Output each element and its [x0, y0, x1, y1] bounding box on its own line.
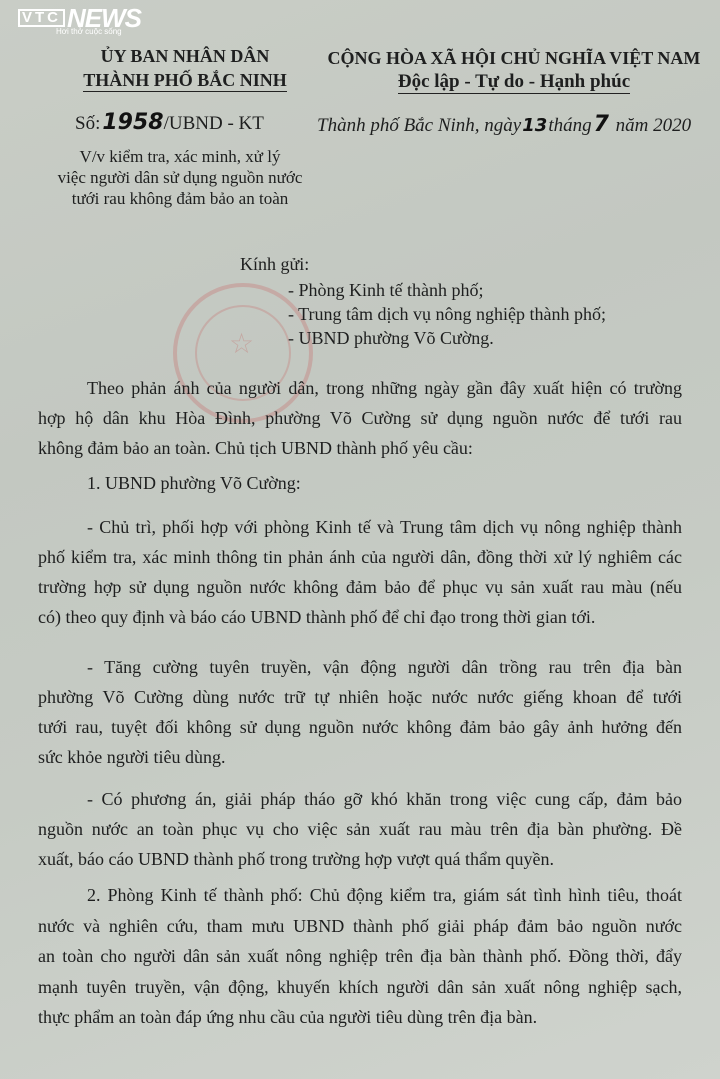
recipients-label: Kính gửi:: [240, 254, 309, 275]
body-line: mạnh tuyên truyền, vận động, khuyến khíc…: [38, 972, 682, 1003]
subject-block: V/v kiểm tra, xác minh, xử lý việc người…: [20, 146, 340, 209]
section1-paragraph2: - Tăng cường tuyên truyền, vận động ngườ…: [38, 652, 682, 772]
body-line: hợp hộ dân khu Hòa Đình, phường Võ Cường…: [38, 403, 682, 433]
logo-vtc: VTC: [18, 9, 65, 27]
agency-line2: THÀNH PHỐ BẮC NINH: [50, 68, 320, 92]
national-title-line1: CỘNG HÒA XÃ HỘI CHỦ NGHĨA VIỆT NAM: [316, 46, 712, 70]
date-line: Thành phố Bắc Ninh, ngày13tháng7 năm 202…: [317, 112, 691, 137]
agency-line1: ỦY BAN NHÂN DÂN: [50, 44, 320, 68]
national-motto: Độc lập - Tự do - Hạnh phúc: [316, 70, 712, 94]
date-year: năm 2020: [616, 115, 691, 136]
seal-star-icon: ☆: [229, 327, 254, 360]
body-line: tưới rau, tuyệt đối không sử dụng nguồn …: [38, 712, 682, 742]
body-line: trường hợp sử dụng nguồn nước không đảm …: [38, 572, 682, 602]
subject-line: V/v kiểm tra, xác minh, xử lý: [20, 146, 340, 167]
body-line: xuất, báo cáo UBND thành phố trong trườn…: [38, 844, 682, 874]
date-day-handwritten: 13: [522, 115, 547, 136]
body-line: Theo phản ánh của người dân, trong những…: [38, 373, 682, 403]
section2-paragraph: 2. Phòng Kinh tế thành phố: Chủ động kiể…: [38, 880, 682, 1033]
section1-title: 1. UBND phường Võ Cường:: [87, 473, 301, 494]
section1-paragraph3: - Có phương án, giải pháp tháo gỡ khó kh…: [38, 784, 682, 874]
doc-number-prefix: Số:: [75, 113, 100, 134]
intro-paragraph: Theo phản ánh của người dân, trong những…: [38, 373, 682, 463]
section1-paragraph1: - Chủ trì, phối hợp với phòng Kinh tế và…: [38, 512, 682, 632]
body-line: nguồn nước an toàn phục vụ cho việc sản …: [38, 814, 682, 844]
body-line: sức khỏe người tiêu dùng.: [38, 742, 682, 772]
date-month-label: tháng: [548, 115, 591, 136]
body-line: - Có phương án, giải pháp tháo gỡ khó kh…: [38, 784, 682, 814]
doc-number-handwritten: 1958: [102, 110, 163, 135]
body-line: nước và nghiên cứu, tham mưu UBND thành …: [38, 911, 682, 942]
body-line: an toàn cho người dân sản xuất nông nghi…: [38, 941, 682, 972]
subject-line: việc người dân sử dụng nguồn nước: [20, 167, 340, 188]
body-line: - Chủ trì, phối hợp với phòng Kinh tế và…: [38, 512, 682, 542]
body-line: phố kiểm tra, xác minh thông tin phản án…: [38, 542, 682, 572]
recipients-list: - Phòng Kinh tế thành phố; - Trung tâm d…: [288, 278, 606, 350]
subject-line: tưới rau không đảm bảo an toàn: [20, 188, 340, 209]
agency-name: ỦY BAN NHÂN DÂN THÀNH PHỐ BẮC NINH: [50, 44, 320, 92]
recipient-item: - UBND phường Võ Cường.: [288, 326, 606, 350]
document-number: Số:1958/UBND - KT: [75, 110, 264, 135]
body-line: 2. Phòng Kinh tế thành phố: Chủ động kiể…: [38, 880, 682, 911]
recipient-item: - Phòng Kinh tế thành phố;: [288, 278, 606, 302]
body-line: - Tăng cường tuyên truyền, vận động ngườ…: [38, 652, 682, 682]
date-prefix: Thành phố Bắc Ninh, ngày: [317, 115, 521, 136]
doc-number-suffix: /UBND - KT: [164, 113, 264, 134]
vtc-news-logo: VTCNEWS Hơi thở cuộc sống: [18, 6, 141, 36]
recipient-item: - Trung tâm dịch vụ nông nghiệp thành ph…: [288, 302, 606, 326]
body-line: không đảm bảo an toàn. Chủ tịch UBND thà…: [38, 433, 682, 463]
date-month-handwritten: 7: [594, 112, 609, 137]
body-line: phường Võ Cường dùng nước trữ tự nhiên h…: [38, 682, 682, 712]
body-line: thực phẩm an toàn đáp ứng nhu cầu của ng…: [38, 1002, 682, 1033]
body-line: có) theo quy định và báo cáo UBND thành …: [38, 602, 682, 632]
national-title: CỘNG HÒA XÃ HỘI CHỦ NGHĨA VIỆT NAM Độc l…: [316, 46, 712, 94]
